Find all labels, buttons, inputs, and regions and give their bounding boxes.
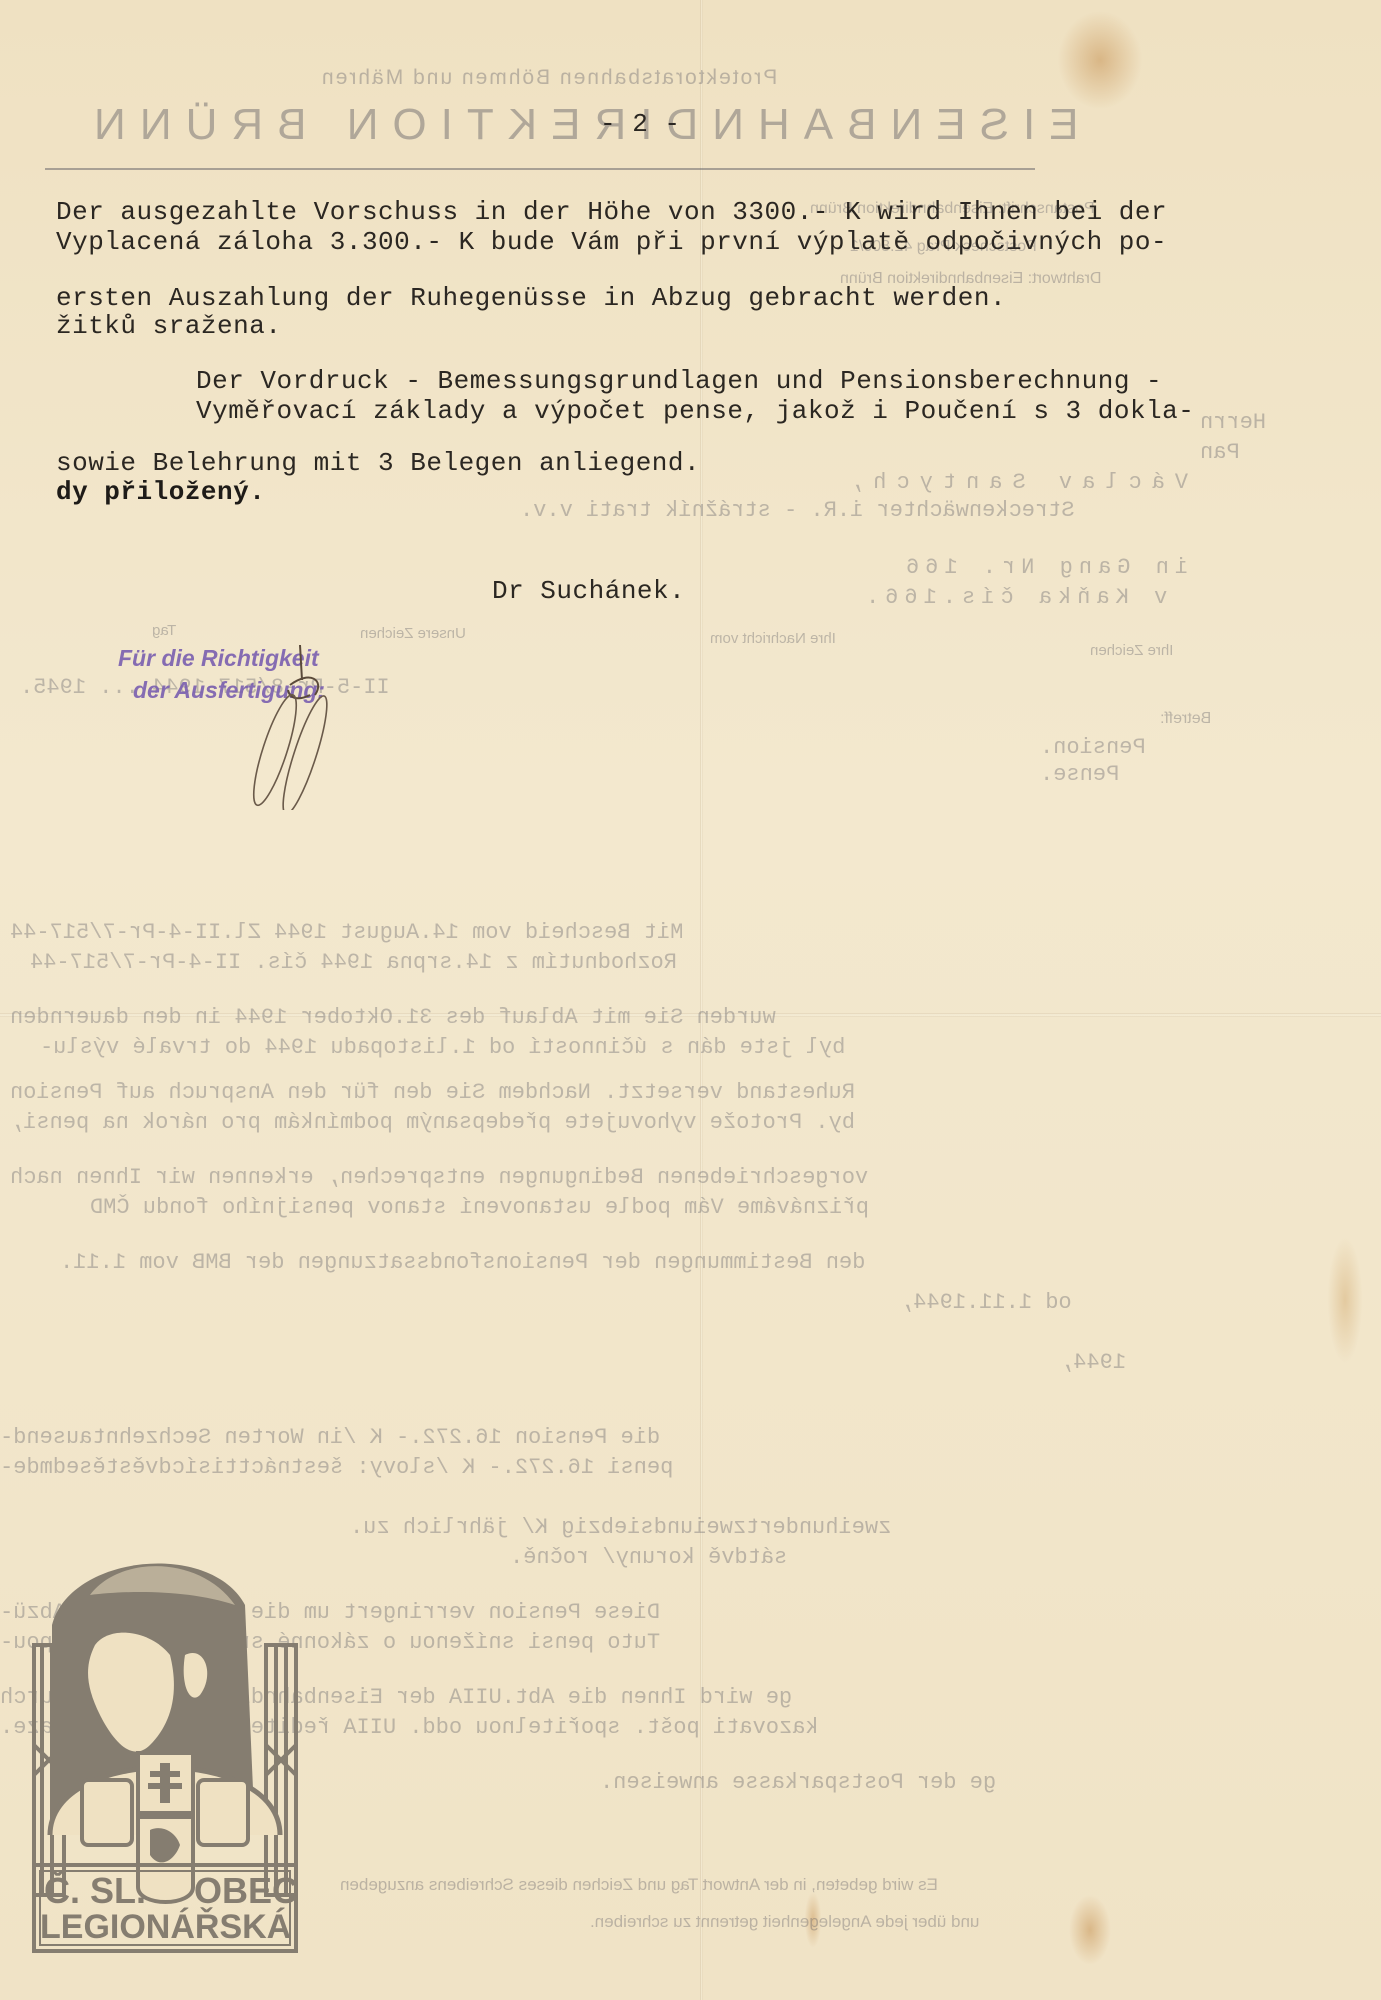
ref-label-ihre-zeichen: Ihre Zeichen <box>1090 642 1173 659</box>
paragraph-line: dy přiložený. <box>56 476 265 508</box>
reverse-body-line: pensi 16.272.- K /slovy: šestnácttisícdv… <box>0 1455 673 1480</box>
reverse-body-line: vorgeschriebenen Bedingungen entsprechen… <box>10 1165 868 1190</box>
paragraph-line: žitků sražena. <box>56 310 281 342</box>
ref-label-ihre-nachricht: Ihre Nachricht vom <box>710 630 836 647</box>
reverse-body-line: die Pension 16.272.- K /in Worten Sechze… <box>0 1425 660 1450</box>
signature-name: Dr Suchánek. <box>492 575 685 607</box>
ref-label-tag: Tag <box>152 622 176 639</box>
reverse-body-line: den Bestimmungen der Pensionsfondssatzun… <box>60 1250 865 1275</box>
handwritten-signature <box>230 640 340 810</box>
paragraph-line: Vyměřovací základy a výpočet pense, jako… <box>196 395 1194 427</box>
letterhead-rule <box>45 168 1035 170</box>
logo-text-line-1: Č. SL. OBEC <box>44 1870 294 1912</box>
reverse-body-line: zweihundertzweiundsiebzig K/ jährlich zu… <box>350 1515 891 1540</box>
reverse-body-line: Ruhestand versetzt. Nachdem Sie den für … <box>10 1080 855 1105</box>
letterhead-small: Protektoratsbahnen Böhmen und Mähren <box>320 66 777 90</box>
recipient-address-cz: v Kaňka čís.166. <box>860 585 1167 610</box>
logo-obec: OBEC <box>194 1870 298 1912</box>
recipient-greeting-de: Herrn <box>1200 410 1266 435</box>
subject-de: Pension. <box>1040 735 1146 760</box>
recipient-greeting-cz: Pan <box>1200 440 1240 465</box>
reverse-body-line: sátdvě koruny/ ročně. <box>510 1545 787 1570</box>
recipient-name: Václav Santych, <box>840 470 1188 495</box>
logo-cs-sl: Č. SL. <box>44 1870 146 1911</box>
reverse-footer-line-2: und über jede Angelegenheit getrennt zu … <box>590 1912 979 1932</box>
page-number: - 2 - <box>600 108 681 140</box>
paragraph-line: Vyplacená záloha 3.300.- K bude Vám při … <box>56 226 1167 258</box>
reverse-body-line: Rozhodnutím z 14.srpna 1944 čís. II-4-Pr… <box>30 950 677 975</box>
logo-text-line-2: LEGIONÁŘSKÁ <box>40 1908 290 1947</box>
reverse-body-line: by. Protože vyhovujete předepsaným podmí… <box>10 1110 855 1135</box>
recipient-address-de: in Gang Nr. 166 <box>900 555 1188 580</box>
reverse-body-line: wurden Sie mit Ablauf des 31.Oktober 194… <box>10 1005 776 1030</box>
paragraph-line: sowie Belehrung mit 3 Belegen anliegend. <box>56 447 700 479</box>
paragraph-line: Der ausgezahlte Vorschuss in der Höhe vo… <box>56 196 1167 228</box>
reverse-footer-line-1: Es wird gebeten, in der Antwort Tag und … <box>340 1875 938 1895</box>
reverse-body-line: 1944, <box>1060 1350 1126 1375</box>
paragraph-line: Der Vordruck - Bemessungsgrundlagen und … <box>196 365 1162 397</box>
ref-label-unsere-zeichen: Unsere Zeichen <box>360 625 466 642</box>
reverse-body-line: byl jste dán s účinností od 1.listopadu … <box>40 1035 845 1060</box>
reverse-body-line: ge der Postsparkasse anweisen. <box>600 1770 996 1795</box>
reverse-body-line: od 1.11.1944, <box>900 1290 1072 1315</box>
recipient-occupation: Streckenwächter i.R. - strážník trati v.… <box>520 498 1075 523</box>
letterhead-large: EISENBAHNDIREKTION BRÜNN <box>80 100 1079 150</box>
subject-label: Betreff: <box>1160 710 1211 728</box>
reverse-body-line: přiznáváme Vám podle ustanovení stanov p… <box>90 1195 869 1220</box>
subject-cz: Pense. <box>1040 762 1119 787</box>
reverse-body-line: Mit Bescheid vom 14.August 1944 Zl.II-4-… <box>10 920 683 945</box>
